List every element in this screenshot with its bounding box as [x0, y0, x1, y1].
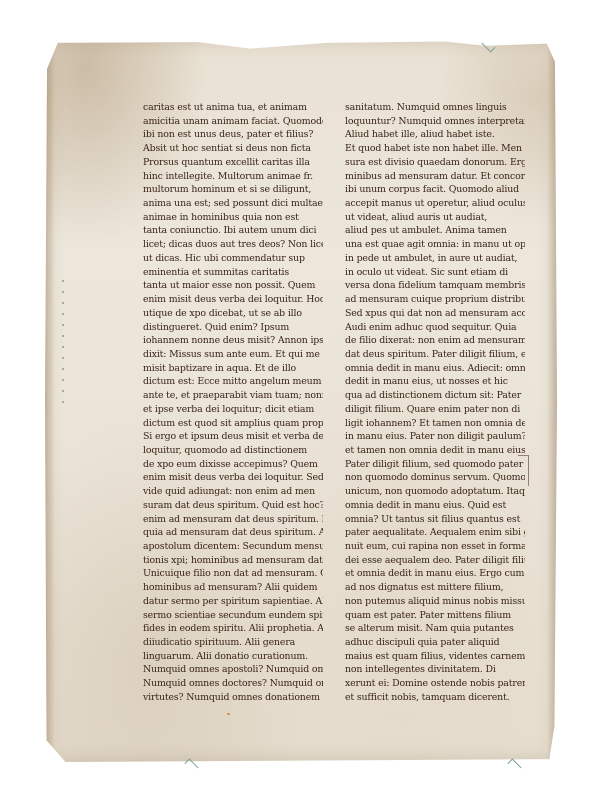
manuscript-line: non intellegentes divinitatem. Di	[345, 663, 525, 677]
manuscript-line: dat deus spiritum. Pater diligit filium,…	[345, 348, 525, 362]
manuscript-line: caritas est ut anima tua, et animam	[143, 101, 323, 115]
manuscript-line: in oculo ut videat. Sic sunt etiam di	[345, 266, 525, 280]
pricking-dot	[62, 379, 64, 381]
manuscript-line: ut dicas. Hic ubi commendatur sup	[143, 252, 323, 266]
manuscript-line: Et quod habet iste non habet ille. Men	[345, 142, 525, 156]
manuscript-line: loquitur, quomodo ad distinctionem	[143, 444, 323, 458]
manuscript-line: nuit eum, cui rapina non esset in forma	[345, 540, 525, 554]
manuscript-line: fides in eodem spiritu. Alii prophetia. …	[143, 622, 323, 636]
pricking-dot	[62, 291, 64, 293]
manuscript-line: quam est pater. Pater mittens filium	[345, 609, 525, 623]
manuscript-line: vide quid adiungat: non enim ad men	[143, 485, 323, 499]
manuscript-line: linguarum. Alii donatio curationum.	[143, 650, 323, 664]
manuscript-line: dedit in manu eius, ut nosses et hic	[345, 375, 525, 389]
red-ink-speck	[291, 765, 294, 767]
manuscript-line: et sufficit nobis, tamquam dicerent.	[345, 691, 525, 705]
manuscript-line: distingueret. Quid enim? Ipsum	[143, 321, 323, 335]
manuscript-line: pater aequalitate. Aequalem enim sibi ge	[345, 526, 525, 540]
manuscript-line: hinc intellegite. Multorum animae fr.	[143, 170, 323, 184]
red-ink-speck	[227, 713, 230, 715]
manuscript-line: licet; dicas duos aut tres deos? Non lic…	[143, 238, 323, 252]
manuscript-line: omnia dedit in manu eius. Adiecit: omnia	[345, 362, 525, 376]
manuscript-line: iohannem nonne deus misit? Annon ipse	[143, 334, 323, 348]
manuscript-line: unicum, non quomodo adoptatum. Itaque	[345, 485, 525, 499]
manuscript-line: in pede ut ambulet, in aure ut audiat,	[345, 252, 525, 266]
manuscript-line: Numquid omnes apostoli? Numquid omnes pr…	[143, 663, 323, 677]
manuscript-line: virtutes? Numquid omnes donationem haben…	[143, 691, 323, 705]
manuscript-line: et omnia dedit in manu eius. Ergo cum	[345, 567, 525, 581]
manuscript-line: non putemus aliquid minus nobis missum	[345, 595, 525, 609]
manuscript-line: tanta coniunctio. Ibi autem unum dici	[143, 224, 323, 238]
manuscript-line: loquuntur? Numquid omnes interpretantur?	[345, 115, 525, 129]
manuscript-line: diligit filium. Quare enim pater non di	[345, 403, 525, 417]
pricking-dot	[62, 346, 64, 348]
manuscript-line: Absit ut hoc sentiat si deus non ficta	[143, 142, 323, 156]
manuscript-line: dictum est: Ecce mitto angelum meum	[143, 375, 323, 389]
manuscript-line: eminentia et summitas caritatis	[143, 266, 323, 280]
manuscript-line: tanta ut maior esse non possit. Quem	[143, 279, 323, 293]
manuscript-line: aliud pes ut ambulet. Anima tamen	[345, 224, 525, 238]
pricking-dot	[62, 368, 64, 370]
manuscript-line: sanitatum. Numquid omnes linguis	[345, 101, 525, 115]
manuscript-line: utique de xpo dicebat, ut se ab illo	[143, 307, 323, 321]
manuscript-line: tionis xpi; hominibus ad mensuram dat.	[143, 554, 323, 568]
pricking-dot	[62, 390, 64, 392]
manuscript-line: sura est divisio quaedam donorum. Ergo h…	[345, 156, 525, 170]
manuscript-line: de filio dixerat: non enim ad mensuram	[345, 334, 525, 348]
manuscript-line: adhuc discipuli quia pater aliquid	[345, 636, 525, 650]
manuscript-line: Unicuique filio non dat ad mensuram. Quo…	[143, 567, 323, 581]
pricking-dot	[62, 324, 64, 326]
pricking-dot	[62, 335, 64, 337]
right-edge-stain	[547, 40, 557, 762]
manuscript-leaf: caritas est ut anima tua, et animamamici…	[45, 40, 557, 762]
pricking-dot	[62, 401, 64, 403]
manuscript-line: misit baptizare in aqua. Et de illo	[143, 362, 323, 376]
manuscript-line: apostolum dicentem: Secundum mensuram do…	[143, 540, 323, 554]
manuscript-line: hominibus ad mensuram? Alii quidem	[143, 581, 323, 595]
manuscript-line: de xpo eum dixisse accepimus? Quem	[143, 458, 323, 472]
mount-tab-mark	[507, 758, 521, 772]
manuscript-line: ante te, et praeparabit viam tuam; nonne	[143, 389, 323, 403]
left-edge-stain	[45, 40, 55, 762]
manuscript-line: qua ad distinctionem dictum sit: Pater	[345, 389, 525, 403]
pricking-dot	[62, 357, 64, 359]
manuscript-line: ligit iohannem? Et tamen non omnia dedit	[345, 417, 525, 431]
manuscript-line: enim ad mensuram dat deus spiritum. Inve…	[143, 513, 323, 527]
manuscript-line: amicitia unam animam faciat. Quomodo	[143, 115, 323, 129]
text-column-left: caritas est ut anima tua, et animamamici…	[143, 101, 323, 705]
manuscript-line: ad mensuram cuique proprium distributa.	[345, 293, 525, 307]
manuscript-line: enim misit deus verba dei loquitur. Sed	[143, 471, 323, 485]
manuscript-line: se alterum misit. Nam quia putantes	[345, 622, 525, 636]
manuscript-line: anima una est; sed possunt dici multae	[143, 197, 323, 211]
manuscript-line: Pater diligit filium, sed quomodo pater …	[345, 458, 525, 472]
pricking-dot	[62, 302, 64, 304]
manuscript-line: quia ad mensuram dat deus spiritum. Audi	[143, 526, 323, 540]
manuscript-line: versa dona fidelium tamquam membris	[345, 279, 525, 293]
marginal-bracket-mark	[518, 455, 529, 486]
manuscript-line: sermo scientiae secundum eundem spiritum…	[143, 609, 323, 623]
manuscript-line: accepit manus ut operetur, aliud oculus	[345, 197, 525, 211]
manuscript-line: enim misit deus verba dei loquitur. Hoc	[143, 293, 323, 307]
text-column-right: sanitatum. Numquid omnes linguisloquuntu…	[345, 101, 525, 705]
manuscript-line: Sed xpus qui dat non ad mensuram accepit…	[345, 307, 525, 321]
manuscript-line: in manu eius. Pater non diligit paulum?	[345, 430, 525, 444]
manuscript-line: Audi enim adhuc quod sequitur. Quia	[345, 321, 525, 335]
manuscript-line: ut videat, aliud auris ut audiat,	[345, 211, 525, 225]
manuscript-line: dixit: Missus sum ante eum. Et qui me	[143, 348, 323, 362]
manuscript-line: omnia? Ut tantus sit filius quantus est	[345, 513, 525, 527]
manuscript-line: ibi unum corpus facit. Quomodo aliud	[345, 183, 525, 197]
pricking-dot	[62, 280, 64, 282]
manuscript-line: Si ergo et ipsum deus misit et verba dei	[143, 430, 323, 444]
manuscript-line: omnia dedit in manu eius. Quid est	[345, 499, 525, 513]
manuscript-line: Prorsus quantum excellit caritas illa	[143, 156, 323, 170]
manuscript-line: ibi non est unus deus, pater et filius?	[143, 128, 323, 142]
manuscript-line: multorum hominum et si se diligunt,	[143, 183, 323, 197]
manuscript-line: et ipse verba dei loquitur; dicit etiam	[143, 403, 323, 417]
manuscript-line: diiudicatio spirituum. Alii genera	[143, 636, 323, 650]
manuscript-line: animae in hominibus quia non est	[143, 211, 323, 225]
pricking-marks	[62, 280, 66, 440]
manuscript-line: et tamen non omnia dedit in manu eius.	[345, 444, 525, 458]
manuscript-line: non quomodo dominus servum. Quomodo	[345, 471, 525, 485]
manuscript-line: suram dat deus spiritum. Quid est hoc? N…	[143, 499, 323, 513]
manuscript-line: ad nos dignatus est mittere filium,	[345, 581, 525, 595]
manuscript-line: xerunt ei: Domine ostende nobis patrem	[345, 677, 525, 691]
manuscript-line: dictum est quod sit amplius quam prophet…	[143, 417, 323, 431]
manuscript-line: maius est quam filius, videntes carnem,	[345, 650, 525, 664]
manuscript-line: Numquid omnes doctores? Numquid omnes	[143, 677, 323, 691]
manuscript-line: datur sermo per spiritum sapientiae. Ali…	[143, 595, 323, 609]
manuscript-line: minibus ad mensuram datur. Et concordia	[345, 170, 525, 184]
pricking-dot	[62, 313, 64, 315]
manuscript-line: Aliud habet ille, aliud habet iste.	[345, 128, 525, 142]
manuscript-line: una est quae agit omnia: in manu ut oper…	[345, 238, 525, 252]
manuscript-line: dei esse aequalem deo. Pater diligit fil…	[345, 554, 525, 568]
